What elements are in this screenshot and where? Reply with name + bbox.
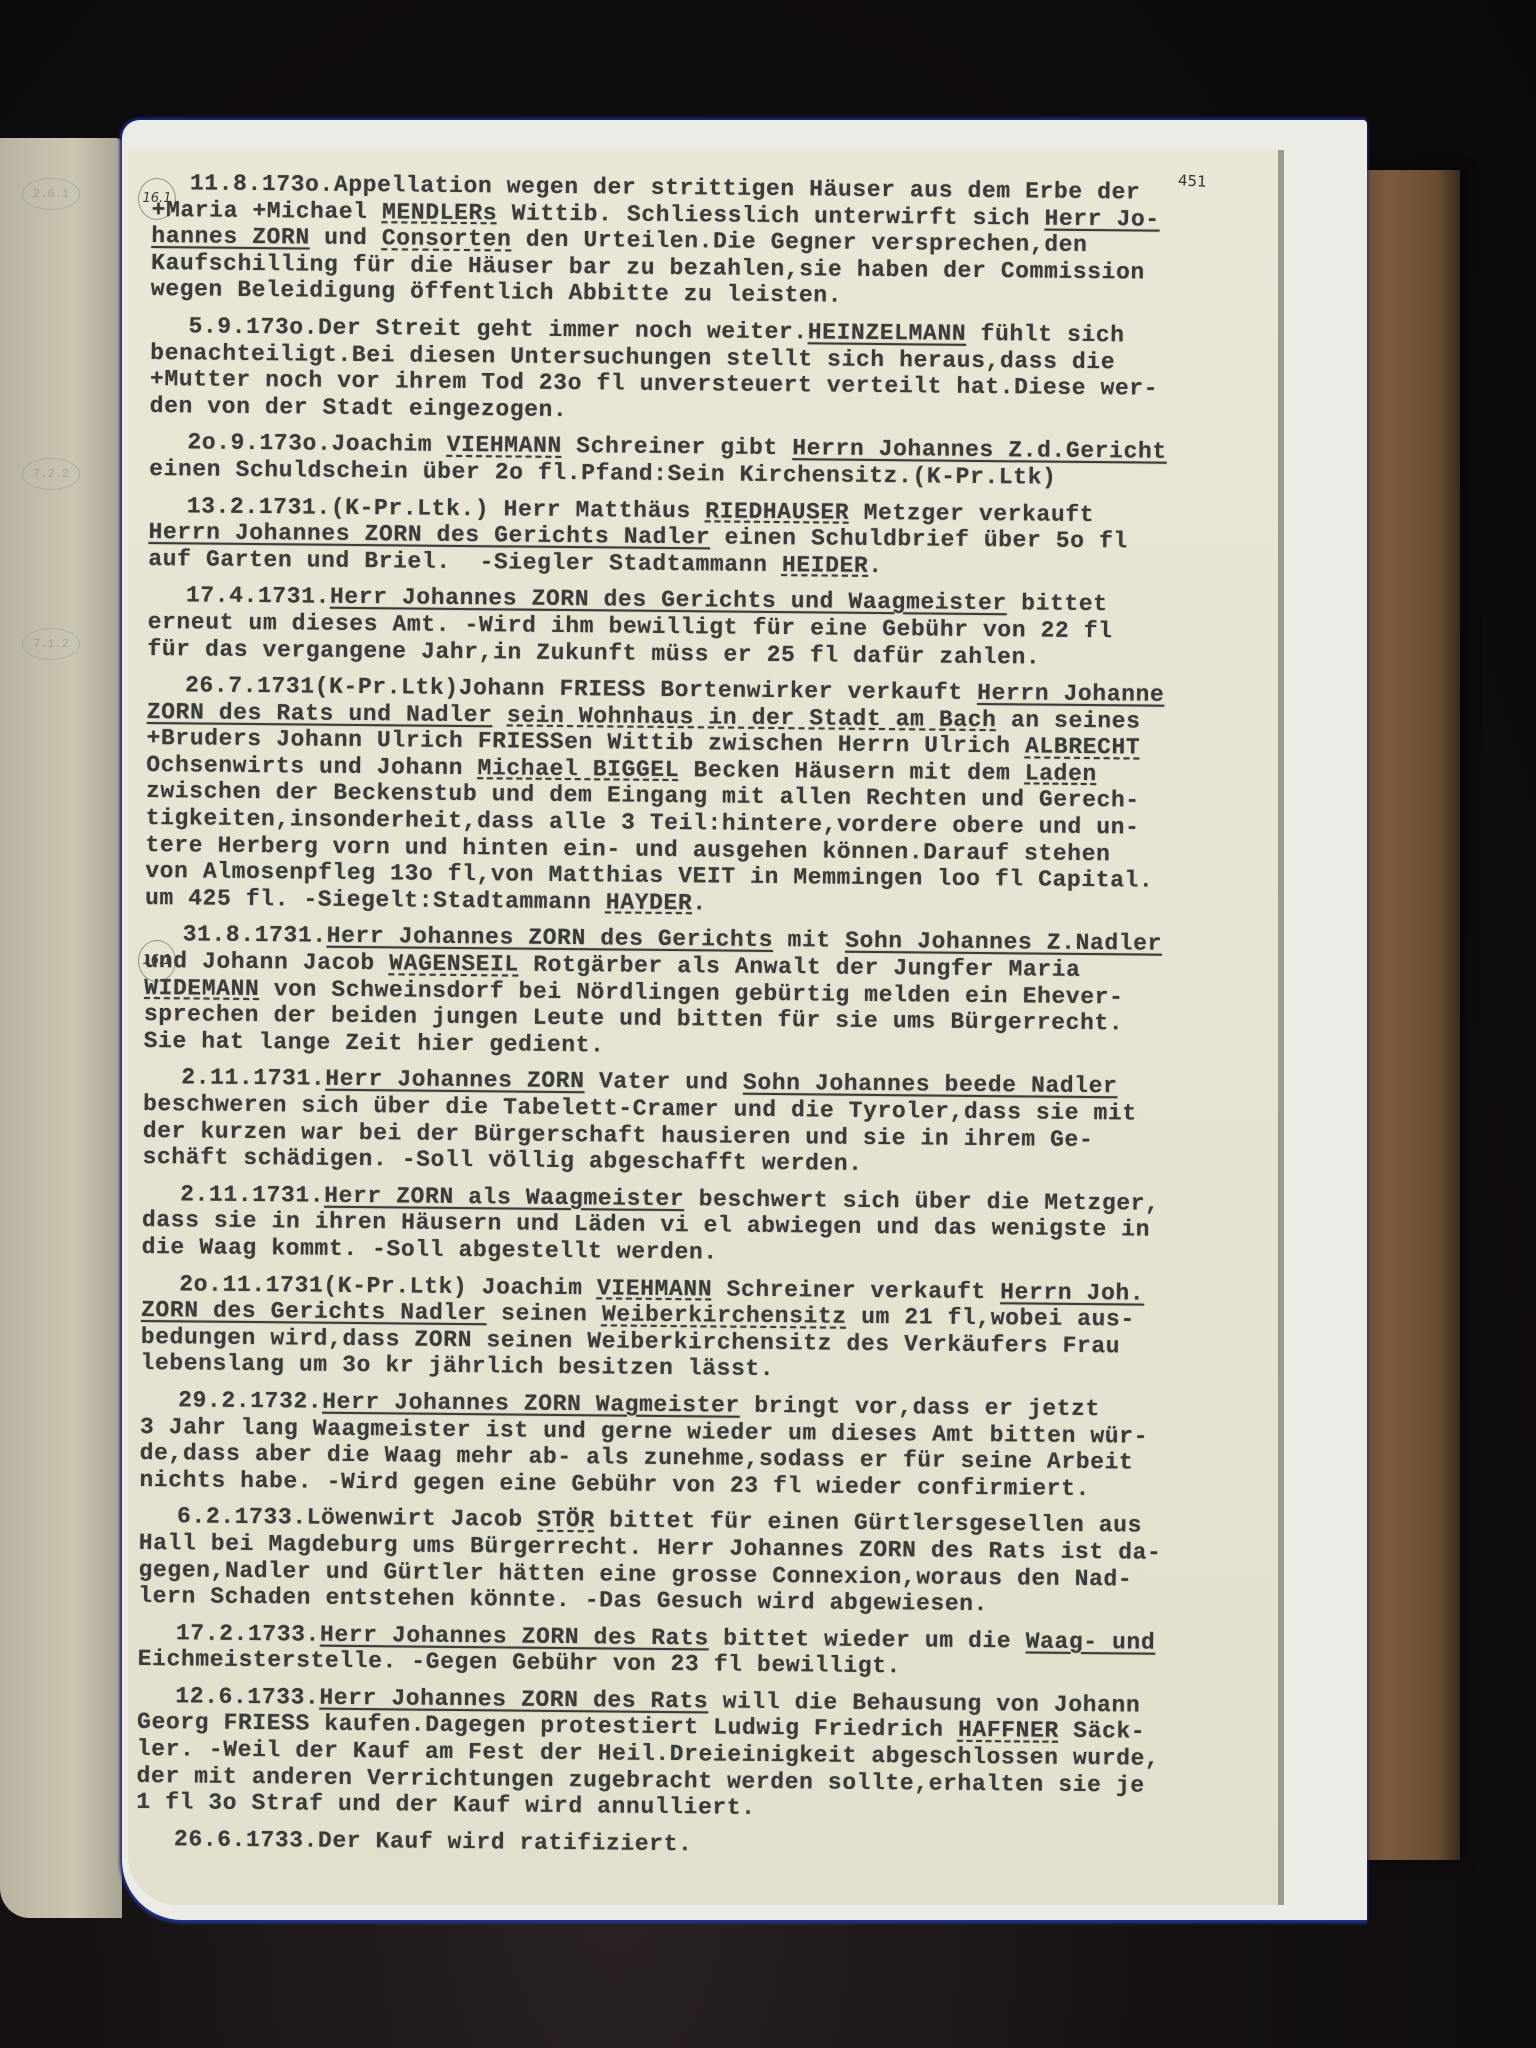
left-facing-page: 2.6.1 7.2.2 7.1.2: [0, 138, 122, 1918]
underlined-text: Waag- und: [1026, 1628, 1156, 1655]
text-run: seinen: [487, 1300, 602, 1327]
text-run: Becken Häusern mit dem: [679, 757, 1025, 786]
record-entry: 2.11.1731.Herr Johannes ZORN Vater und S…: [142, 1064, 1263, 1181]
underlined-text: Michael BIGGEL: [477, 755, 679, 783]
text-run: .: [692, 890, 707, 916]
text-run: +Maria +Michael: [151, 197, 382, 225]
underlined-text: Sohn Johannes beede Nadler: [743, 1070, 1118, 1100]
left-page-note: 7.2.2: [22, 458, 80, 490]
underlined-text: WAGENSEIL: [389, 950, 519, 977]
record-entry: 31.8.1731.Herr Johannes ZORN des Gericht…: [144, 921, 1265, 1065]
left-page-note: 2.6.1: [22, 178, 80, 210]
text-run: um 21 fl,wobei aus-: [847, 1304, 1135, 1333]
underlined-text: HEIDER: [782, 552, 869, 579]
text-run: bittet wieder um die: [709, 1625, 1026, 1654]
text-run: Metzger verkauft: [849, 499, 1094, 527]
underlined-text: Herrn Johannes Z.d.Gericht: [792, 436, 1167, 466]
text-run: 12.6.1733.: [175, 1683, 319, 1710]
text-run: Ochsenwirts und Johann: [146, 752, 477, 781]
underlined-text: HEINZELMANN: [808, 319, 967, 347]
text-run: um 425 fl. -Siegelt:Stadtammann: [145, 885, 606, 915]
record-entry: 12.6.1733.Herr Johannes ZORN des Rats wi…: [136, 1683, 1257, 1827]
entry-heading-line: 26.6.1733.Der Kauf wird ratifiziert.: [136, 1826, 1256, 1863]
text-run: 2.11.1731.: [180, 1181, 324, 1208]
text-run: Vater und: [584, 1069, 743, 1097]
text-run: 1 fl 3o Straf und der Kauf wird annullie…: [136, 1789, 756, 1821]
underlined-text: ALBRECHT: [1025, 734, 1140, 761]
text-run: wegen Beleidigung öffentlich Abbitte zu …: [151, 276, 843, 309]
underlined-text: Herr ZORN als Waagmeister: [324, 1182, 684, 1211]
record-entry: 2o.9.173o.Joachim VIEHMANN Schreiner gib…: [149, 429, 1269, 493]
text-run: 6.2.1733.Löwenwirt Jacob: [177, 1504, 537, 1533]
text-run: 2o.11.1731(K-Pr.Ltk) Joachim: [179, 1271, 597, 1301]
underlined-text: Herrn Joh.: [1000, 1279, 1144, 1306]
underlined-text: Laden: [1025, 760, 1097, 787]
text-run: bittet: [1007, 591, 1108, 618]
text-run: Sie hat lange Zeit hier gedient.: [144, 1028, 605, 1058]
underlined-text: Herrn Johanne: [977, 680, 1164, 708]
left-page-note: 7.1.2: [22, 628, 80, 660]
text-run: 2o.9.173o.Joachim: [187, 430, 446, 458]
text-run: und: [310, 225, 382, 252]
text-run: 17.2.1733.: [176, 1620, 320, 1647]
record-entry: 13.2.1731.(K-Pr.Ltk.) Herr Matthäus RIED…: [148, 493, 1269, 584]
underlined-text: Herr Johannes ZORN des Rats: [319, 1685, 708, 1715]
text-run: den von der Stadt eingezogen.: [150, 393, 568, 423]
text-run: Schreiner gibt: [562, 433, 793, 461]
text-run: die Waag kommt. -Soll abgestellt werden.: [142, 1234, 718, 1266]
underlined-text: WIDEMANN: [144, 975, 259, 1002]
underlined-text: VIEHMANN: [597, 1275, 712, 1302]
text-run: an seines: [996, 707, 1140, 734]
underlined-text: ZORN des Gerichts Nadler: [141, 1297, 487, 1326]
underlined-text: RIEDHAUSER: [705, 498, 849, 525]
text-run: 2.11.1731.: [181, 1065, 325, 1092]
record-entry: 26.6.1733.Der Kauf wird ratifiziert.: [136, 1826, 1256, 1863]
underlined-text: Herr Johannes ZORN Wagmeister: [322, 1389, 740, 1419]
underlined-text: ZORN des Rats und Nadler: [147, 699, 493, 728]
underlined-text: Sohn Johannes Z.Nadler: [845, 928, 1162, 957]
record-entry: 6.2.1733.Löwenwirt Jacob STÖR bittet für…: [138, 1503, 1259, 1620]
record-entry: 5.9.173o.Der Streit geht immer noch weit…: [150, 313, 1271, 430]
record-entries: 11.8.173o.Appellation wegen der strittig…: [136, 170, 1272, 1873]
text-run: 17.4.1731.: [186, 583, 330, 610]
text-run: und Johann Jacob: [144, 948, 389, 976]
underlined-text: HAFFNER: [958, 1717, 1059, 1744]
text-run: auf Garten und Briel. -Siegler Stadtamma…: [148, 546, 782, 578]
text-run: fühlt sich: [966, 321, 1125, 349]
underlined-text: MENDLERs: [382, 199, 497, 226]
text-run: [492, 702, 507, 728]
text-run: bringt vor,dass er jetzt: [740, 1393, 1100, 1422]
text-run: .: [868, 553, 883, 579]
underlined-text: STÖR: [537, 1507, 595, 1534]
underlined-text: Consorten: [382, 225, 512, 252]
underlined-text: Herr Johannes ZORN des Gerichts: [327, 923, 774, 953]
record-entry: 26.7.1731(K-Pr.Ltk)Johann FRIESS Bortenw…: [145, 672, 1267, 922]
underlined-text: Herr Johannes ZORN des Rats: [320, 1621, 709, 1651]
text-run: 31.8.1731.: [183, 922, 327, 949]
record-entry: 2o.11.1731(K-Pr.Ltk) Joachim VIEHMANN Sc…: [140, 1271, 1261, 1388]
text-run: lebenslang um 3o kr jährlich besitzen lä…: [140, 1350, 774, 1382]
underlined-text: Herr Johannes ZORN: [325, 1066, 584, 1094]
underlined-text: VIEHMANN: [446, 432, 561, 459]
record-entry: 2.11.1731.Herr ZORN als Waagmeister besc…: [142, 1181, 1263, 1272]
record-entry: 17.4.1731.Herr Johannes ZORN des Gericht…: [147, 582, 1268, 673]
text-run: Schreiner verkauft: [712, 1276, 1000, 1305]
text-run: Eichmeisterstelle. -Gegen Gebühr von 23 …: [138, 1646, 902, 1679]
record-entry: 29.2.1732.Herr Johannes ZORN Wagmeister …: [139, 1387, 1260, 1504]
text-run: will die Behausung von Johann: [708, 1688, 1140, 1718]
underlined-text: HAYDER: [606, 889, 693, 916]
underlined-text: Weiberkirchensitz: [602, 1302, 847, 1330]
underlined-text: Herr Jo-: [1044, 205, 1159, 232]
text-run: 26.6.1733.Der Kauf wird ratifiziert.: [174, 1826, 693, 1857]
record-entry: 11.8.173o.Appellation wegen der strittig…: [151, 170, 1272, 314]
record-entry: 17.2.1733.Herr Johannes ZORN des Rats bi…: [138, 1620, 1258, 1684]
text-run: einen Schuldbrief über 5o fl: [710, 525, 1128, 555]
text-run: Säck-: [1059, 1718, 1146, 1745]
text-run: 29.2.1732.: [178, 1387, 322, 1414]
text-run: schäft schädigen. -Soll völlig abgeschaf…: [142, 1144, 862, 1177]
text-run: mit: [773, 927, 845, 954]
underlined-text: hannes ZORN: [151, 223, 310, 251]
